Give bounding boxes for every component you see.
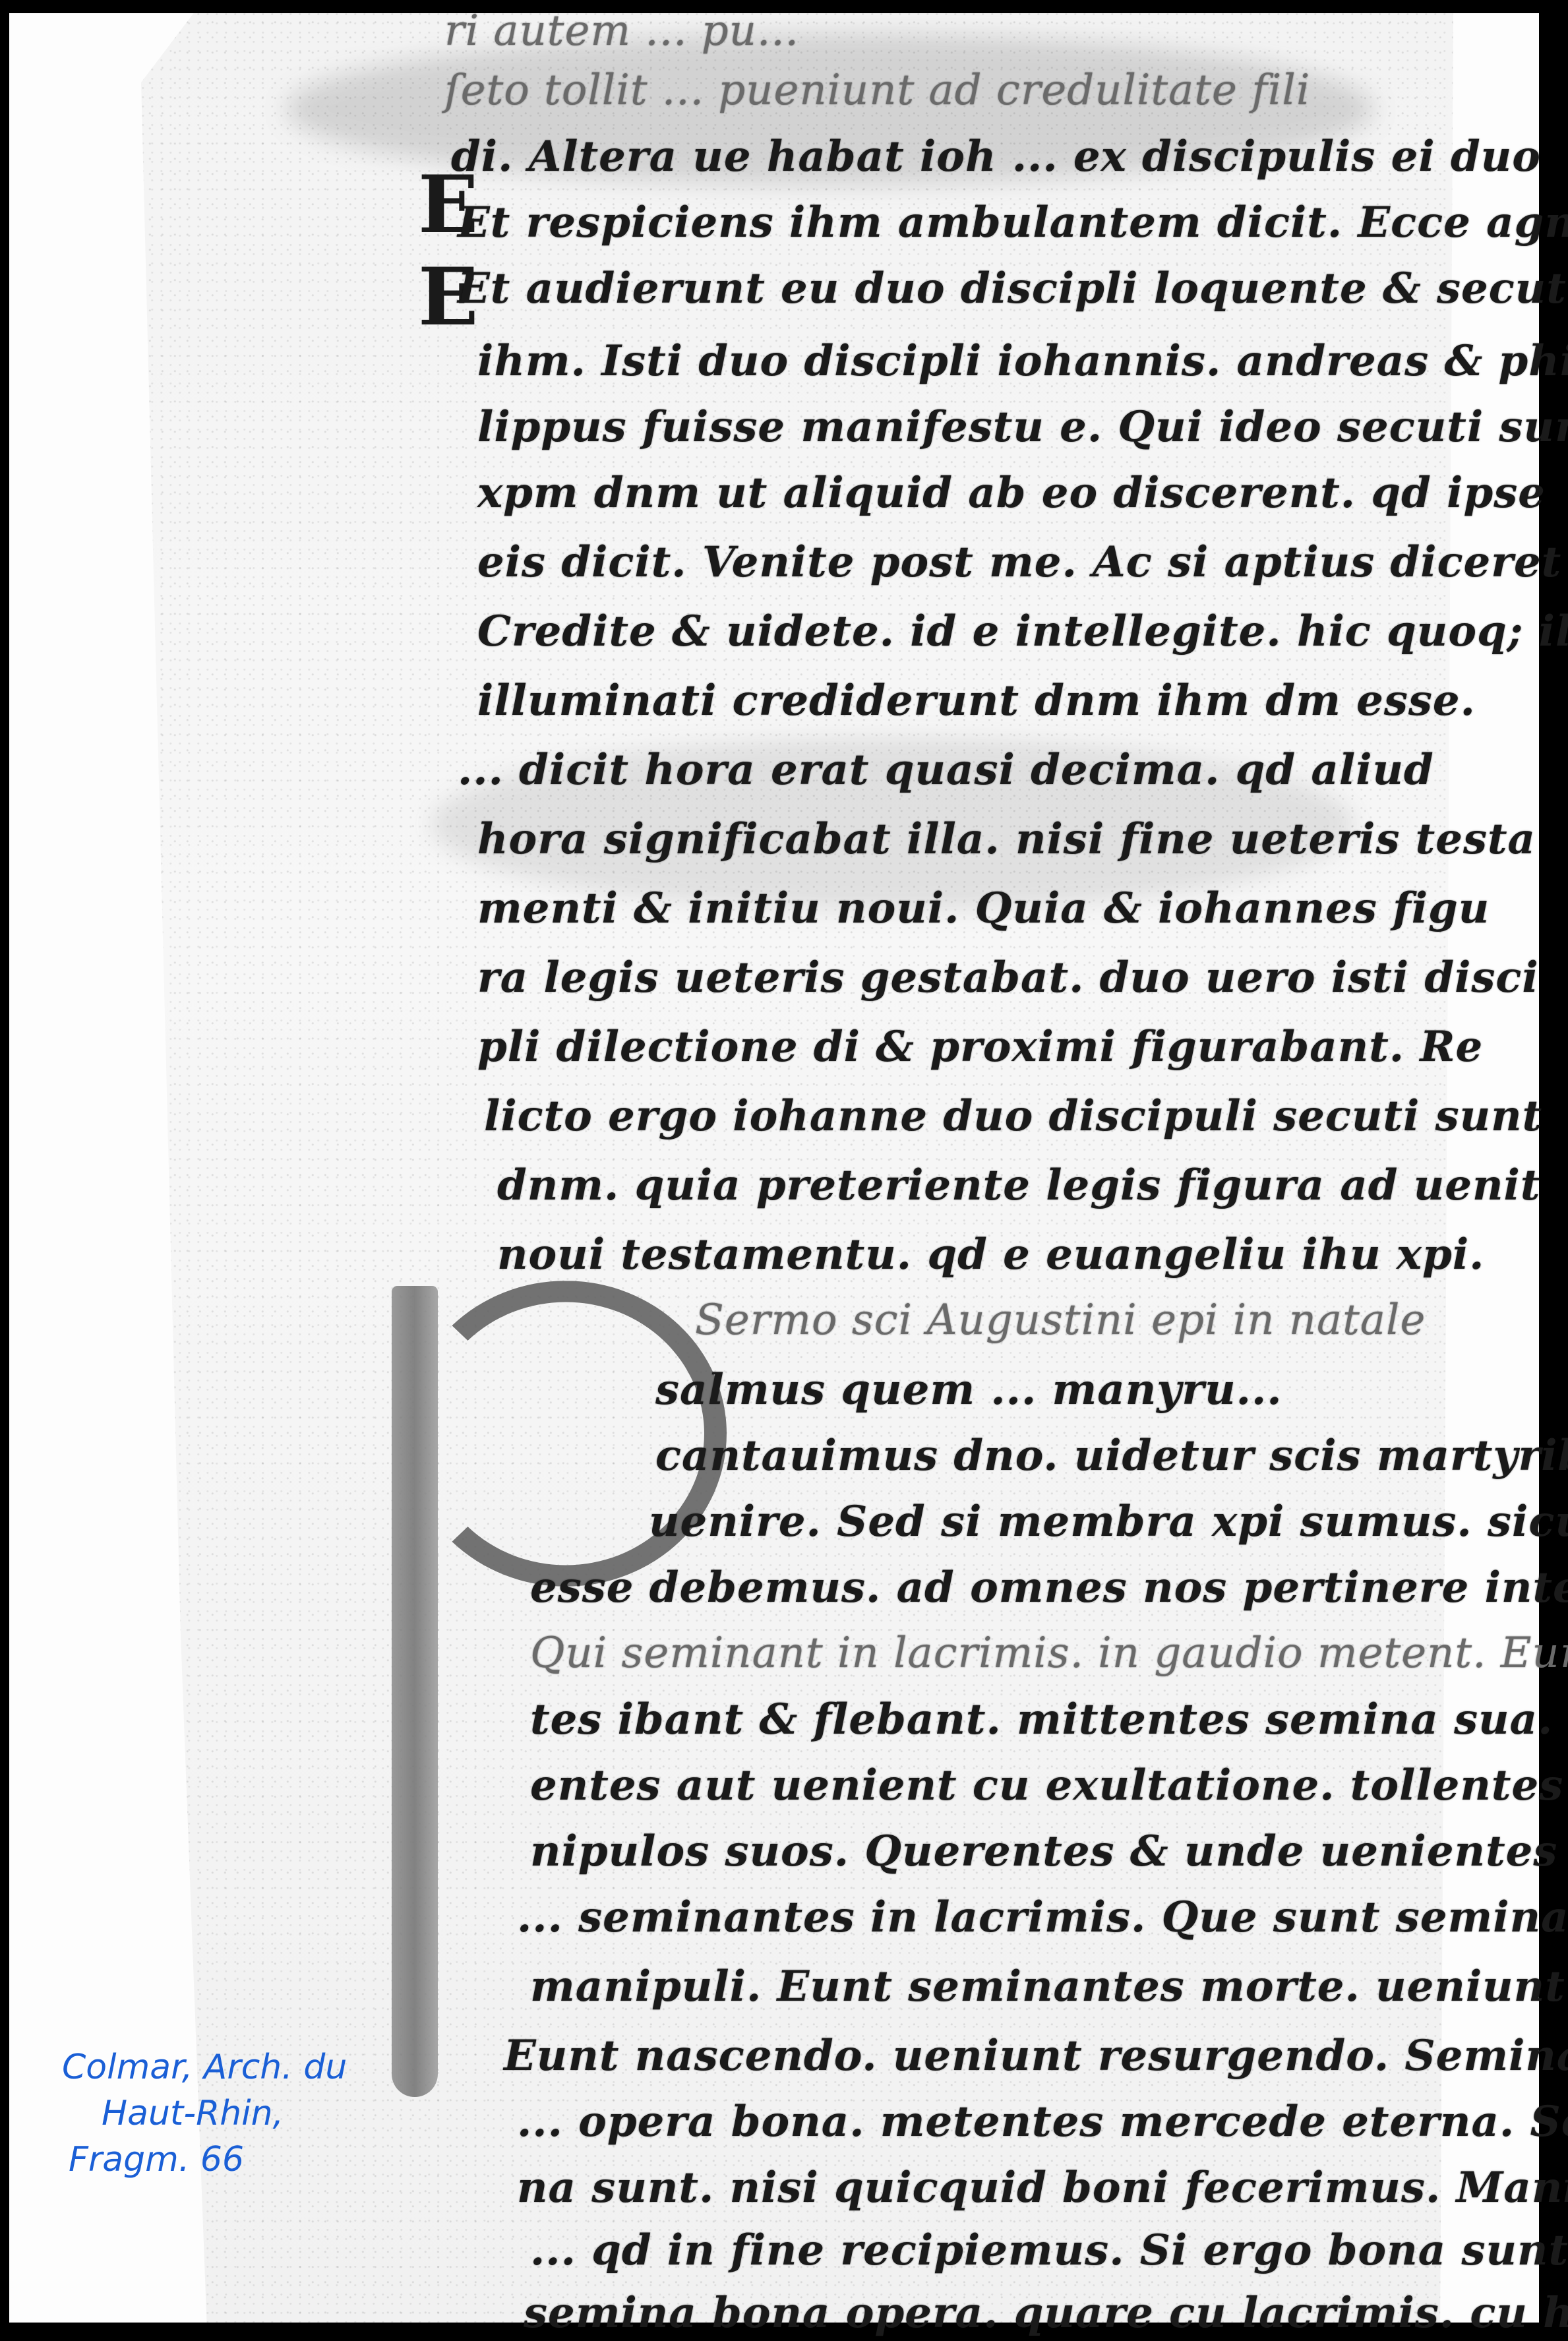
text-line: na sunt. nisi quicquid boni fecerimus. M… (517, 2163, 1568, 2212)
text-line: entes aut uenient cu exultatione. tollen… (530, 1761, 1568, 1810)
rubric-line: Sermo sci Augustini epi in natale (695, 1296, 1426, 1345)
text-line: Eunt nascendo. ueniunt resurgendo. Semin… (504, 2031, 1568, 2081)
text-line: semina bona opera. quare cu lacrimis. cu… (524, 2288, 1568, 2338)
text-line: salmus quem ... manyru... (655, 1365, 1282, 1414)
text-line: uenire. Sed si membra xpi sumus. sicut (649, 1497, 1568, 1546)
text-line: ihm. Isti duo discipli iohannis. andreas… (477, 336, 1568, 386)
text-line: Et audierunt eu duo discipli loquente & … (458, 264, 1568, 313)
text-line: tes ibant & flebant. mittentes semina su… (530, 1695, 1568, 1744)
text-line: eis dicit. Venite post me. Ac si aptius … (477, 537, 1561, 587)
text-line: illuminati crediderunt dnm ihm dm esse. (477, 676, 1476, 725)
text-line: ... opera bona. metentes mercede eterna.… (517, 2097, 1568, 2146)
text-line: hora significabat illa. nisi fine ueteri… (477, 814, 1536, 864)
text-line: Qui seminant in lacrimis. in gaudio mete… (530, 1629, 1568, 1678)
text-line: menti & initiu noui. Quia & iohannes fig… (477, 884, 1490, 933)
text-line: ... qd in fine recipiemus. Si ergo bona … (530, 2226, 1568, 2275)
text-line: lippus fuisse manifestu e. Qui ideo secu… (477, 402, 1568, 452)
text-line: dnm. quia preteriente legis figura ad ue… (497, 1161, 1540, 1210)
archive-label: Colmar, Arch. du Haut-Rhin, Fragm. 66 (62, 2044, 347, 2183)
text-line: ra legis ueteris gestabat. duo uero isti… (477, 953, 1539, 1002)
text-line: xpm dnm ut aliquid ab eo discerent. qd i… (477, 468, 1546, 518)
text-line: nipulos suos. Querentes & unde uenientes (530, 1827, 1557, 1876)
text-line: ... seminantes in lacrimis. Que sunt sem… (517, 1893, 1568, 1942)
text-line: Credite & uidete. id e intellegite. hic … (477, 607, 1568, 656)
manuscript-photograph: E E ri autem ... pu... ſeto tollit ... p… (9, 13, 1539, 2323)
archive-label-line: Colmar, Arch. du (62, 2044, 347, 2090)
text-line: ri autem ... pu... (444, 7, 799, 55)
text-line: di. Altera ue habat ioh ... ex discipuli… (451, 132, 1541, 181)
text-line: esse debemus. ad omnes nos pertinere int… (530, 1563, 1568, 1612)
text-line: Et respiciens ihm ambulantem dicit. Ecce… (458, 198, 1568, 247)
text-line: noui testamentu. qd e euangeliu ihu xpi. (497, 1230, 1484, 1279)
text-line: licto ergo iohanne duo discipuli secuti … (484, 1091, 1542, 1141)
archive-label-line: Haut-Rhin, (62, 2090, 347, 2137)
text-line: ſeto tollit ... pueniunt ad credulitate … (444, 66, 1310, 115)
text-line: pli dilectione di & proximi figurabant. … (477, 1022, 1483, 1072)
text-line: manipuli. Eunt seminantes morte. ueniunt… (530, 1962, 1568, 2011)
text-line: ... dicit hora erat quasi decima. qd ali… (458, 745, 1434, 795)
text-line: cantauimus dno. uidetur scis martyrib; c… (655, 1431, 1568, 1480)
archive-label-line: Fragm. 66 (62, 2137, 347, 2183)
